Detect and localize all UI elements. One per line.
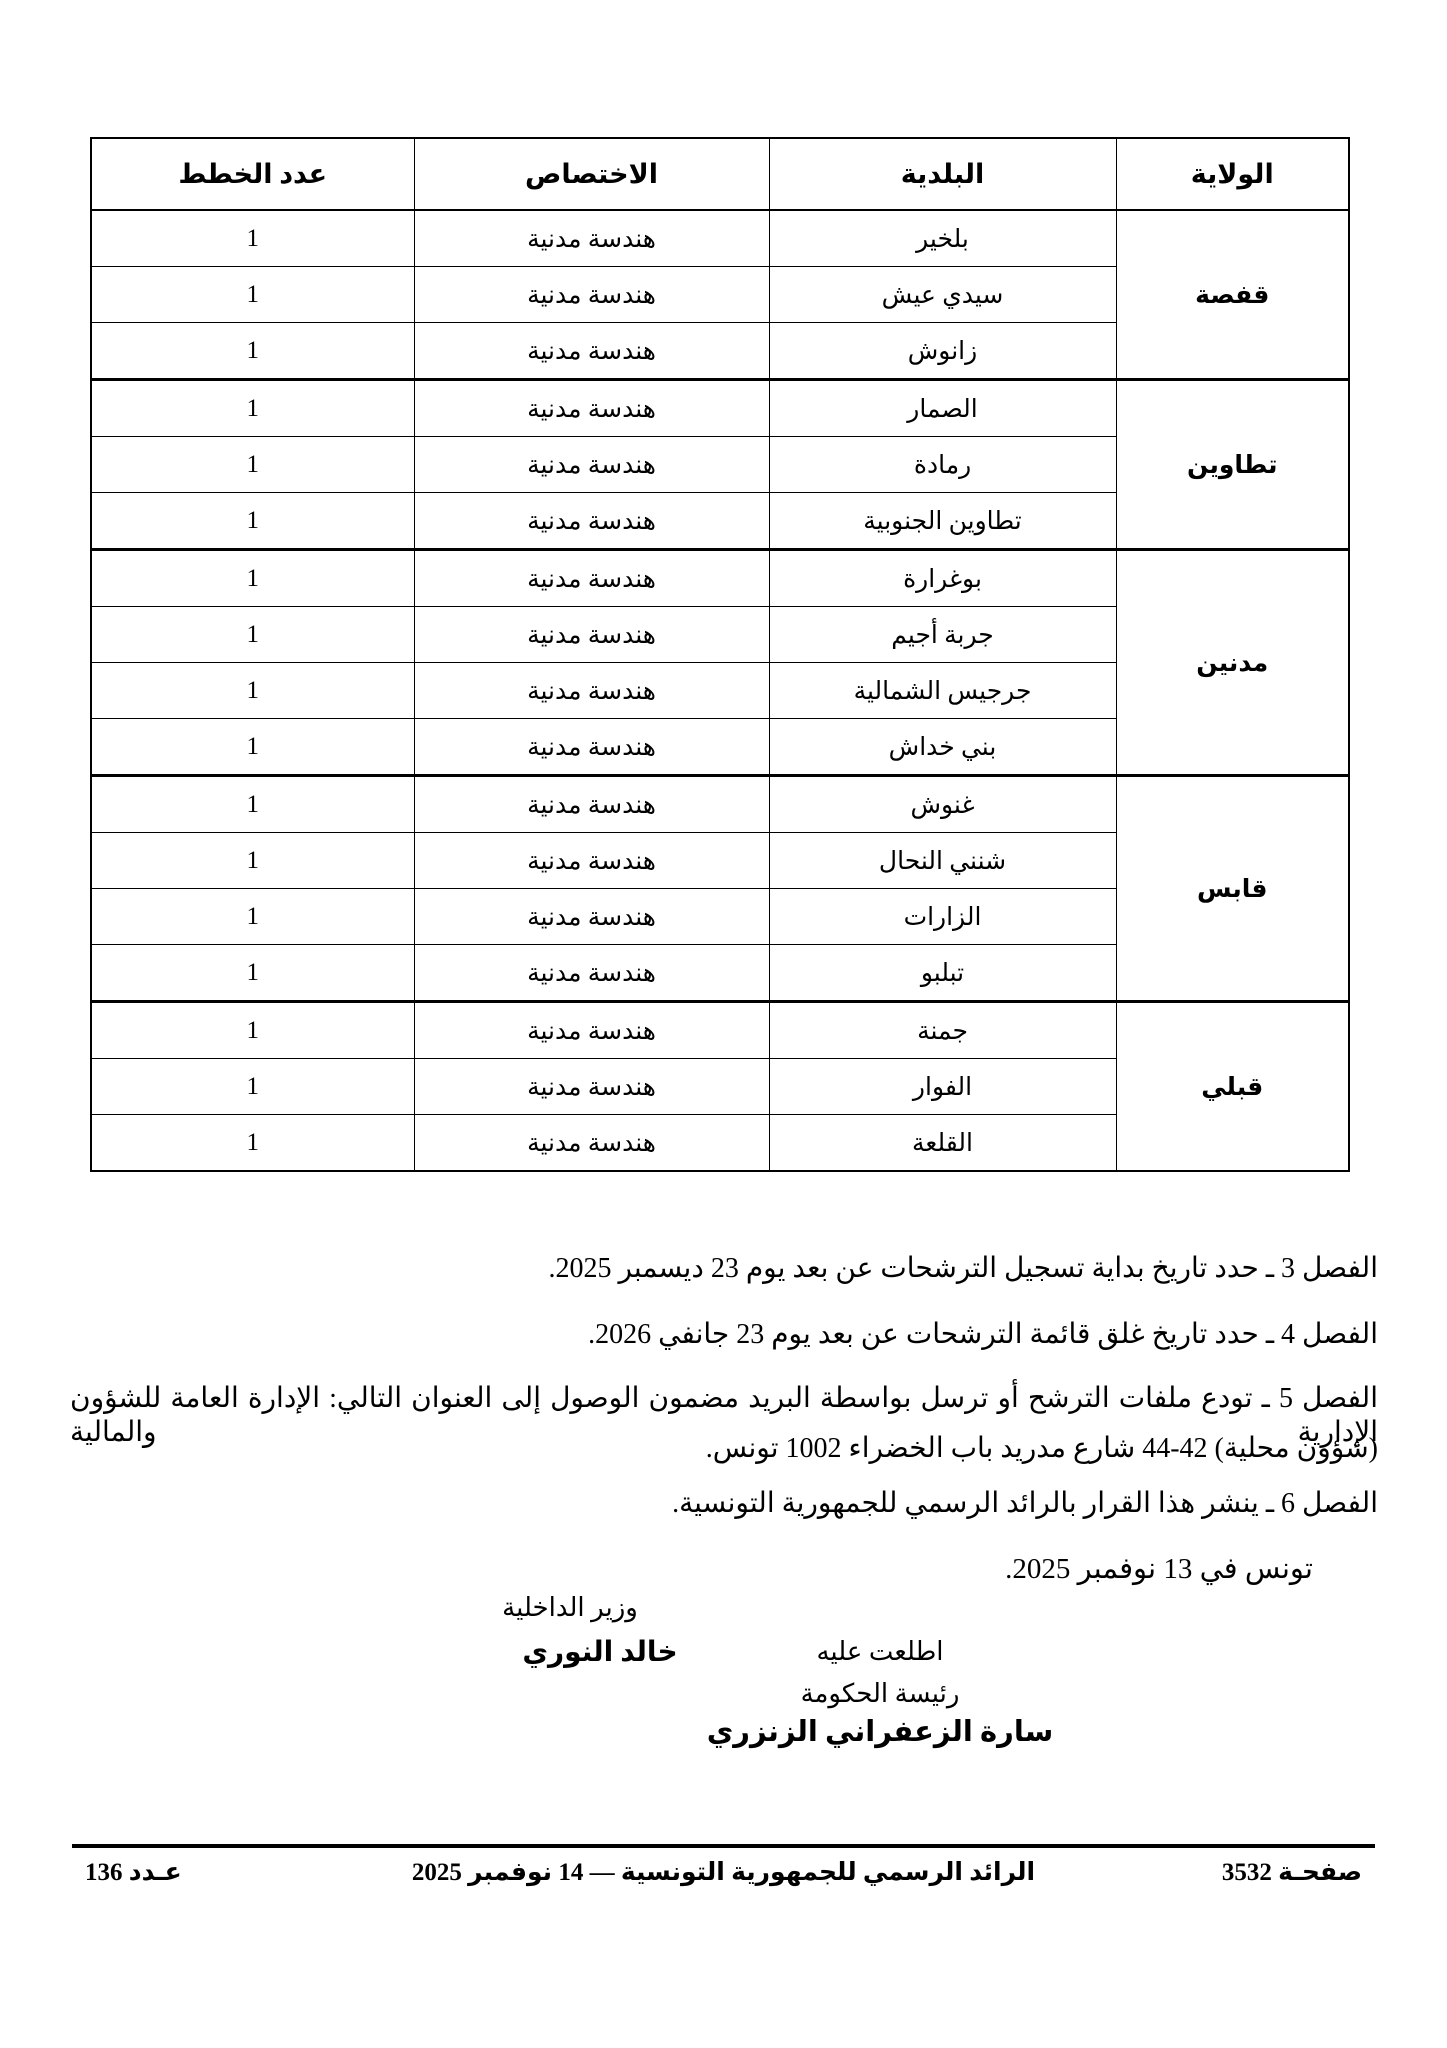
header-municipality: البلدية xyxy=(769,138,1116,210)
cell-municipality: غنوش xyxy=(769,776,1116,833)
cell-posts: 1 xyxy=(91,889,414,945)
article-6: الفصل 6 ـ ينشر هذا القرار بالرائد الرسمي… xyxy=(672,1487,1378,1521)
article-3-text: ـ حدد تاريخ بداية تسجيل الترشحات عن بعد … xyxy=(548,1253,1281,1284)
table-header-row: الولاية البلدية الاختصاص عدد الخطط xyxy=(91,138,1349,210)
footer-rule xyxy=(72,1844,1375,1848)
pm-name: سارة الزعفراني الزنزري xyxy=(650,1714,1110,1749)
cell-posts: 1 xyxy=(91,380,414,437)
article-4-label: الفصل 4 xyxy=(1281,1319,1378,1350)
article-5-line2: (شؤون محلية) 42-44 شارع مدريد باب الخضرا… xyxy=(706,1432,1378,1466)
cell-municipality: تبلبو xyxy=(769,945,1116,1002)
table-row: قبليجمنةهندسة مدنية1 xyxy=(91,1002,1349,1059)
cell-municipality: الزارات xyxy=(769,889,1116,945)
cell-specialty: هندسة مدنية xyxy=(414,210,769,267)
cell-specialty: هندسة مدنية xyxy=(414,1115,769,1172)
cell-posts: 1 xyxy=(91,607,414,663)
cell-specialty: هندسة مدنية xyxy=(414,719,769,776)
minister-title: وزير الداخلية xyxy=(460,1593,680,1623)
cell-specialty: هندسة مدنية xyxy=(414,493,769,550)
cell-posts: 1 xyxy=(91,267,414,323)
cell-wilaya: مدنين xyxy=(1116,550,1349,776)
cell-specialty: هندسة مدنية xyxy=(414,889,769,945)
cell-specialty: هندسة مدنية xyxy=(414,1002,769,1059)
cell-municipality: بني خداش xyxy=(769,719,1116,776)
cell-specialty: هندسة مدنية xyxy=(414,380,769,437)
table-row: قابسغنوشهندسة مدنية1 xyxy=(91,776,1349,833)
cell-municipality: القلعة xyxy=(769,1115,1116,1172)
cell-posts: 1 xyxy=(91,719,414,776)
header-wilaya: الولاية xyxy=(1116,138,1349,210)
cell-specialty: هندسة مدنية xyxy=(414,663,769,719)
cell-posts: 1 xyxy=(91,437,414,493)
cell-specialty: هندسة مدنية xyxy=(414,607,769,663)
cell-posts: 1 xyxy=(91,550,414,607)
cell-specialty: هندسة مدنية xyxy=(414,833,769,889)
cell-municipality: بلخير xyxy=(769,210,1116,267)
cell-municipality: رمادة xyxy=(769,437,1116,493)
pm-title: رئيسة الحكومة xyxy=(760,1679,1000,1709)
cell-posts: 1 xyxy=(91,663,414,719)
cell-posts: 1 xyxy=(91,1115,414,1172)
table-body: قفصةبلخيرهندسة مدنية1سيدي عيشهندسة مدنية… xyxy=(91,210,1349,1171)
cell-wilaya: قابس xyxy=(1116,776,1349,1002)
cell-wilaya: تطاوين xyxy=(1116,380,1349,550)
cell-municipality: سيدي عيش xyxy=(769,267,1116,323)
cell-posts: 1 xyxy=(91,776,414,833)
recruitment-table: الولاية البلدية الاختصاص عدد الخطط قفصةب… xyxy=(90,137,1350,1172)
table-row: قفصةبلخيرهندسة مدنية1 xyxy=(91,210,1349,267)
gazette-page: الولاية البلدية الاختصاص عدد الخطط قفصةب… xyxy=(0,0,1447,2048)
cell-posts: 1 xyxy=(91,210,414,267)
cell-posts: 1 xyxy=(91,945,414,1002)
cell-posts: 1 xyxy=(91,1002,414,1059)
article-4-text: ـ حدد تاريخ غلق قائمة الترشحات عن بعد يو… xyxy=(588,1319,1281,1350)
cell-specialty: هندسة مدنية xyxy=(414,267,769,323)
cell-municipality: شنني النحال xyxy=(769,833,1116,889)
cell-specialty: هندسة مدنية xyxy=(414,945,769,1002)
cell-municipality: زانوش xyxy=(769,323,1116,380)
cell-municipality: الفوار xyxy=(769,1059,1116,1115)
cell-specialty: هندسة مدنية xyxy=(414,550,769,607)
recruitment-table-wrap: الولاية البلدية الاختصاص عدد الخطط قفصةب… xyxy=(90,137,1350,1172)
article-6-text: ـ ينشر هذا القرار بالرائد الرسمي للجمهور… xyxy=(672,1488,1281,1519)
table-row: تطاوينالصمارهندسة مدنية1 xyxy=(91,380,1349,437)
article-3: الفصل 3 ـ حدد تاريخ بداية تسجيل الترشحات… xyxy=(548,1252,1378,1286)
seen-by-label: اطلعت عليه xyxy=(770,1637,990,1667)
date-line: تونس في 13 نوفمبر 2025. xyxy=(1005,1552,1313,1587)
cell-posts: 1 xyxy=(91,833,414,889)
cell-municipality: بوغرارة xyxy=(769,550,1116,607)
article-4: الفصل 4 ـ حدد تاريخ غلق قائمة الترشحات ع… xyxy=(588,1318,1378,1352)
cell-specialty: هندسة مدنية xyxy=(414,1059,769,1115)
table-row: مدنينبوغرارةهندسة مدنية1 xyxy=(91,550,1349,607)
cell-posts: 1 xyxy=(91,1059,414,1115)
cell-municipality: جمنة xyxy=(769,1002,1116,1059)
header-specialty: الاختصاص xyxy=(414,138,769,210)
cell-specialty: هندسة مدنية xyxy=(414,437,769,493)
cell-wilaya: قبلي xyxy=(1116,1002,1349,1172)
cell-posts: 1 xyxy=(91,493,414,550)
article-5-label: الفصل 5 xyxy=(1279,1383,1378,1414)
header-posts: عدد الخطط xyxy=(91,138,414,210)
minister-name: خالد النوري xyxy=(450,1635,750,1669)
cell-municipality: تطاوين الجنوبية xyxy=(769,493,1116,550)
cell-municipality: جرجيس الشمالية xyxy=(769,663,1116,719)
cell-posts: 1 xyxy=(91,323,414,380)
article-6-label: الفصل 6 xyxy=(1281,1488,1378,1519)
cell-specialty: هندسة مدنية xyxy=(414,776,769,833)
article-3-label: الفصل 3 xyxy=(1281,1253,1378,1284)
footer-page-number: صفحـة 3532 xyxy=(1222,1857,1362,1887)
cell-specialty: هندسة مدنية xyxy=(414,323,769,380)
cell-municipality: جربة أجيم xyxy=(769,607,1116,663)
cell-wilaya: قفصة xyxy=(1116,210,1349,380)
cell-municipality: الصمار xyxy=(769,380,1116,437)
